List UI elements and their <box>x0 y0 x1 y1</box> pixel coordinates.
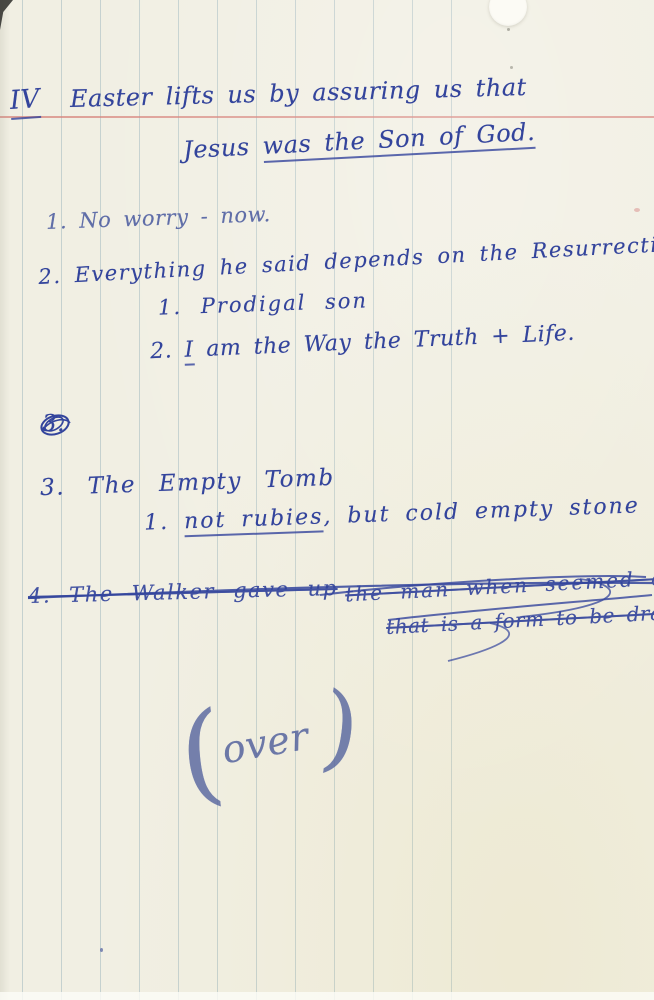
red-margin-line <box>0 116 654 118</box>
title-line-2-start: Jesus <box>182 132 263 164</box>
strikethrough-scribbles <box>20 565 654 675</box>
pink-speck <box>634 208 640 212</box>
scribble-ellipses <box>36 409 82 445</box>
scanned-note-page: IV Easter lifts us by assuring us that J… <box>0 0 654 1000</box>
section-numeral-text: IV <box>9 84 41 120</box>
dust-speck <box>507 28 510 31</box>
stray-ink-dot <box>100 948 103 952</box>
punch-hole <box>489 0 527 26</box>
scratched-out-number: 3. <box>42 411 65 437</box>
scan-corner-artifact <box>0 0 13 30</box>
section-numeral: IV <box>9 85 41 117</box>
scan-bottom-edge <box>0 992 654 1000</box>
point-3-sub-prefix: 1. <box>144 509 185 535</box>
point-3-sub-underlined: not rubies <box>184 504 324 537</box>
dust-speck <box>510 66 513 69</box>
point-2-sub-2-prefix: 2. <box>150 338 186 364</box>
